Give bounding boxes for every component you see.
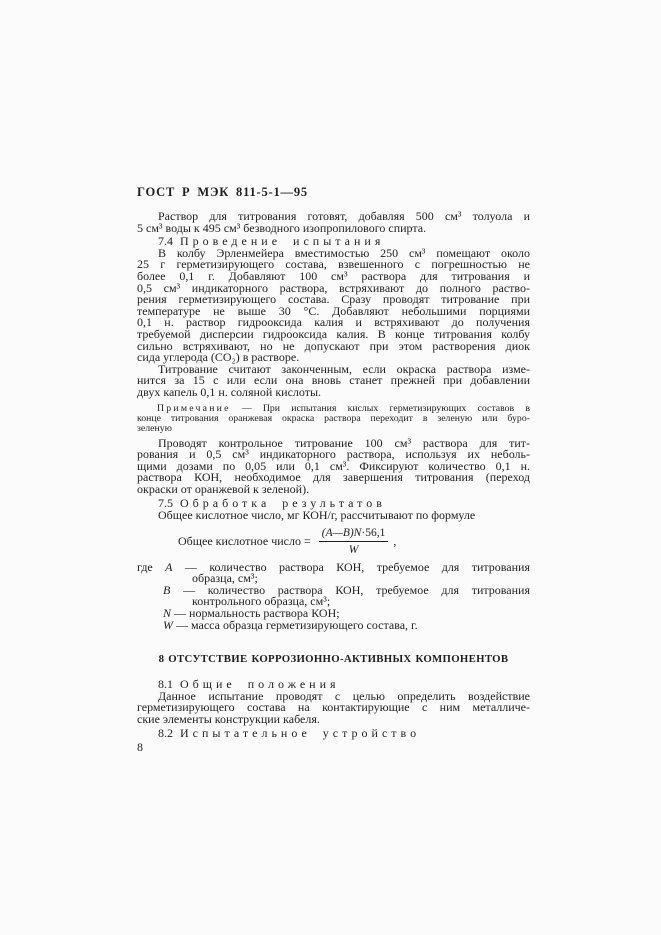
text-line: двух капель 0,1 н. соляной кислоты.	[137, 387, 530, 399]
section-number: 8.2	[158, 726, 173, 740]
note-text: — При испытания кислых герметизирующих с…	[231, 403, 530, 414]
text-column: ГОСТ Р МЭК 811-5-1—95 Раствор для титров…	[137, 186, 530, 739]
formula-numerator-constant: ·56,1	[361, 527, 385, 539]
section-heading-8-2: 8.2Испытательное устройство	[137, 728, 530, 740]
section-title: Испытательное устройство	[180, 726, 420, 740]
page-number: 8	[137, 740, 143, 755]
paragraph-titration-end: Титрование считают законченным, если окр…	[137, 364, 530, 399]
formula-denominator: W	[319, 542, 389, 556]
section-heading-8: 8 ОТСУТСТВИЕ КОРРОЗИОННО-АКТИВНЫХ КОМПОН…	[137, 653, 530, 666]
note-label: Примечание	[157, 403, 231, 414]
note-line: Примечание — При испытания кислых гермет…	[137, 404, 530, 414]
paragraph-test-procedure: В колбу Эрленмейера вместимостью 250 см³…	[137, 248, 530, 364]
definition-symbol: W	[163, 618, 173, 632]
text-line: 5 см³ воды к 495 см³ безводного изопропи…	[137, 223, 530, 235]
paragraph-control-titration: Проводят контрольное титрование 100 см³ …	[137, 438, 530, 496]
definition-text: — масса образца герметизирующего состава…	[173, 618, 418, 632]
note-block: Примечание — При испытания кислых гермет…	[137, 404, 530, 434]
formula-numerator: (A—B)N·56,1	[319, 527, 389, 542]
paragraph-general-provisions: Данное испытание проводят с целью опреде…	[137, 691, 530, 726]
note-line: зеленую	[137, 424, 530, 434]
text-line: ские элементы конструкции кабеля.	[137, 714, 530, 726]
formula-lhs: Общее кислотное число =	[178, 535, 311, 547]
acid-number-formula: Общее кислотное число = (A—B)N·56,1 W ,	[137, 527, 530, 556]
definition-symbol: A	[165, 560, 172, 574]
document-page: ГОСТ Р МЭК 811-5-1—95 Раствор для титров…	[0, 0, 661, 935]
text-line: окраски от оранжевой к зеленой).	[137, 484, 530, 496]
paragraph-titration-solution: Раствор для титрования готовят, добавляя…	[137, 211, 530, 234]
formula-definitions: где A — количество раствора КОН, требуем…	[137, 562, 530, 632]
formula-fraction: (A—B)N·56,1 W	[319, 527, 389, 556]
definition-intro: где	[137, 560, 165, 574]
note-line: конце титрования оранжевая окраска раств…	[137, 414, 530, 424]
definition-line: W — масса образца герметизирующего соста…	[137, 620, 530, 632]
formula-numerator-symbols: (A—B)N	[322, 527, 362, 539]
formula-intro-line: Общее кислотное число, мг КОН/г, рассчит…	[137, 510, 530, 522]
running-header: ГОСТ Р МЭК 811-5-1—95	[137, 186, 530, 199]
formula-comma: ,	[393, 535, 396, 547]
